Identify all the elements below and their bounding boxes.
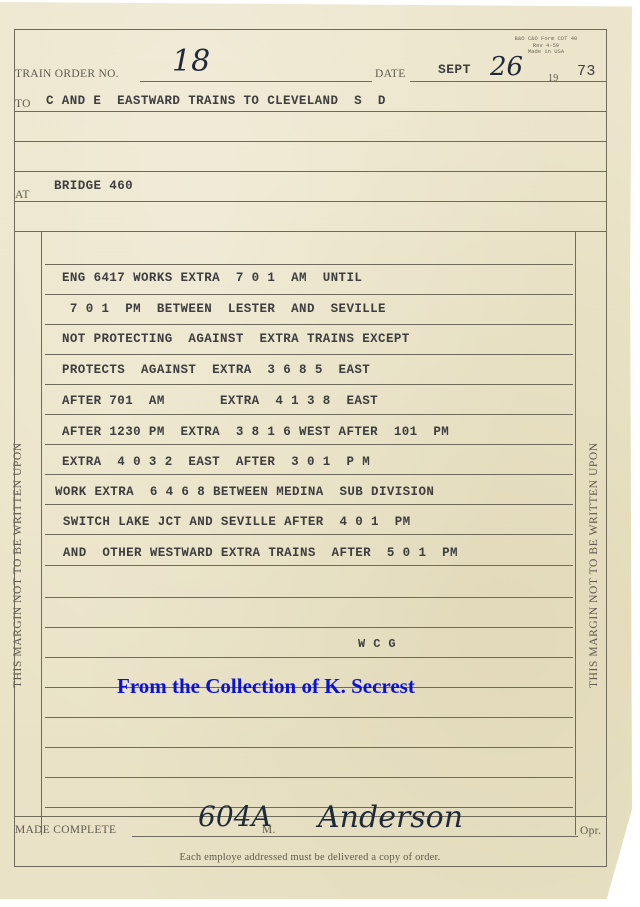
ruled-line — [45, 534, 573, 535]
train-order-paper — [0, 2, 632, 899]
to-extra-line-2 — [14, 171, 606, 172]
ruled-line — [45, 354, 573, 355]
operator-label: Opr. — [580, 825, 601, 837]
made-complete-top-line — [14, 816, 606, 817]
at-value: BRIDGE 460 — [54, 179, 133, 193]
frame-right-border — [606, 29, 607, 867]
signature-initials: W C G — [358, 637, 396, 651]
order-line-9: SWITCH LAKE JCT AND SEVILLE AFTER 4 0 1 … — [55, 515, 411, 529]
date-label: DATE — [375, 68, 406, 80]
order-line-4: PROTECTS AGAINST EXTRA 3 6 8 5 EAST — [62, 363, 370, 377]
ruled-line — [45, 657, 573, 658]
order-line-6: AFTER 1230 PM EXTRA 3 8 1 6 WEST AFTER 1… — [62, 425, 449, 439]
ruled-line — [45, 264, 573, 265]
order-no-underline — [140, 81, 372, 82]
order-no-value: 18 — [172, 44, 210, 79]
ruled-line — [45, 384, 573, 385]
at-underline — [14, 201, 606, 202]
to-extra-line — [14, 141, 606, 142]
right-margin-note: THIS MARGIN NOT TO BE WRITTEN UPON — [588, 442, 600, 688]
ruled-line — [45, 777, 573, 778]
ruled-line — [45, 627, 573, 628]
order-line-8: WORK EXTRA 6 4 6 8 BETWEEN MEDINA SUB DI… — [55, 485, 434, 499]
ruled-line — [45, 504, 573, 505]
frame-bottom-border — [14, 866, 606, 867]
made-complete-m-suffix: M. — [262, 824, 276, 836]
order-line-7: EXTRA 4 0 3 2 EAST AFTER 3 0 1 P M — [62, 455, 370, 469]
order-line-3: NOT PROTECTING AGAINST EXTRA TRAINS EXCE… — [62, 332, 410, 346]
inner-box-right-border — [575, 231, 576, 835]
ruled-line — [45, 414, 573, 415]
date-month: SEPT — [438, 62, 471, 77]
ruled-line — [45, 294, 573, 295]
ruled-line — [45, 807, 573, 808]
order-line-10: AND OTHER WESTWARD EXTRA TRAINS AFTER 5 … — [55, 546, 458, 560]
made-complete-label: MADE COMPLETE — [15, 824, 116, 836]
to-label: TO — [15, 98, 31, 110]
frame-top-border — [14, 29, 606, 30]
to-underline — [14, 111, 606, 112]
order-line-1: ENG 6417 WORKS EXTRA 7 0 1 AM UNTIL — [62, 271, 362, 285]
delivery-note: Each employe addressed must be delivered… — [0, 852, 620, 863]
ruled-line — [45, 717, 573, 718]
ruled-line — [45, 597, 573, 598]
year-suffix: 73 — [577, 63, 596, 80]
operator-signature: Anderson — [318, 800, 463, 835]
ruled-line — [45, 565, 573, 566]
made-complete-underline — [132, 836, 578, 837]
ruled-line — [45, 474, 573, 475]
to-value: C AND E EASTWARD TRAINS TO CLEVELAND S D — [46, 94, 386, 108]
at-label: AT — [15, 189, 30, 201]
made-complete-time: 604A — [198, 800, 272, 833]
ruled-line — [45, 324, 573, 325]
date-day: 26 — [490, 52, 523, 82]
order-no-label: TRAIN ORDER NO. — [15, 68, 119, 80]
order-line-5: AFTER 701 AM EXTRA 4 1 3 8 EAST — [62, 394, 378, 408]
order-line-2: 7 0 1 PM BETWEEN LESTER AND SEVILLE — [62, 302, 386, 316]
left-margin-note: THIS MARGIN NOT TO BE WRITTEN UPON — [12, 442, 24, 688]
ruled-line — [45, 444, 573, 445]
collection-watermark: From the Collection of K. Secrest — [117, 674, 415, 699]
ruled-line — [45, 747, 573, 748]
year-prefix: 19 — [548, 73, 559, 84]
header-bottom-line — [14, 231, 606, 232]
inner-box-left-border — [41, 231, 42, 835]
